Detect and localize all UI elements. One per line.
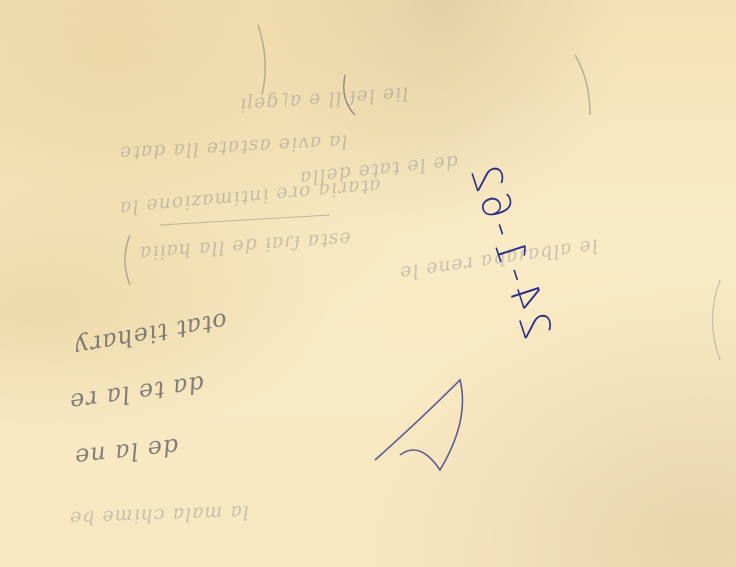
- scanned-page: ᴉlǝɓ˥ɐ ǝ ꞁꞁ ɟǝꞁ ǝᴉꞁ ǝʇɐp ɐꞁꞁ ǝʇɐʇsɐ ǝᴉʌɐ…: [0, 0, 736, 567]
